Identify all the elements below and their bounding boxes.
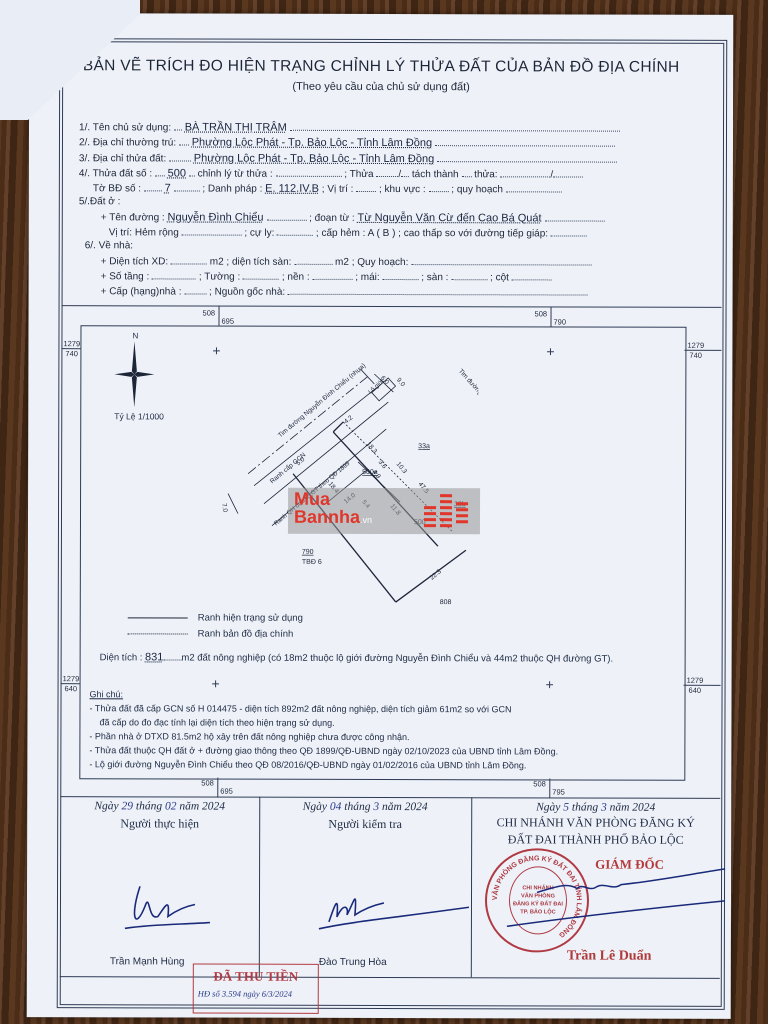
note-item: - Lộ giới đường Nguyễn Đình Chiểu theo Q… — [89, 757, 558, 772]
performer-role: Người thực hiện — [60, 816, 259, 832]
grid-coord: 508 — [535, 310, 548, 318]
scale-label: Tỷ Lệ 1/1000 — [114, 411, 164, 421]
grid-coord: 695 — [220, 788, 233, 796]
nomenclature-label: ; Danh pháp : — [202, 184, 262, 195]
date-day: 5 — [563, 801, 569, 813]
svg-text:TBĐ 6: TBĐ 6 — [302, 559, 322, 566]
svg-text:Tim đường Nguyễn Đình Chiểu (n: Tim đường Nguyễn Đình Chiểu (nhựa) — [276, 361, 368, 439]
date-prefix: Ngày — [303, 801, 327, 813]
svg-text:10.3: 10.3 — [395, 461, 409, 475]
paid-stamp-title: ĐÃ THU TIỀN — [194, 969, 318, 985]
floors-label: + Số tầng : — [101, 271, 150, 282]
checker-signature — [299, 877, 479, 937]
date-month: 02 — [165, 800, 177, 812]
cadastral-document: BẢN VẼ TRÍCH ĐO HIỆN TRẠNG CHỈNH LÝ THỬA… — [27, 13, 734, 1019]
legend-item: Ranh bản đồ địa chính — [128, 625, 303, 641]
split-label: tách thành — [412, 169, 459, 180]
document-subtitle: (Theo yêu cầu của chủ sử dụng đất) — [29, 80, 733, 94]
grid-cross-icon: + — [546, 344, 554, 358]
date-month: 3 — [373, 801, 379, 813]
director-signature — [497, 864, 727, 935]
checker-date: Ngày 04 tháng 3 năm 2024 — [259, 801, 471, 814]
grid-coord: 640 — [65, 685, 78, 693]
build-area-row: + Diện tích XD: m2 ; diện tích sàn: m2 ;… — [79, 253, 659, 270]
legend-item: Ranh hiện trạng sử dụng — [128, 609, 303, 625]
map-legend: Ranh hiện trạng sử dụng Ranh bản đồ địa … — [128, 609, 303, 641]
grid-coord: 740 — [65, 350, 78, 358]
watermark-suffix: .vn — [360, 515, 372, 525]
checker-role: Người kiểm tra — [259, 817, 471, 833]
svg-text:33a: 33a — [418, 443, 430, 450]
distance-label: ; cự ly: — [244, 228, 274, 239]
checker-name: Đào Trung Hòa — [319, 957, 387, 968]
date-year: năm 2024 — [382, 801, 428, 813]
performer-name: Trần Mạnh Hùng — [110, 956, 185, 967]
date-month-label: tháng — [136, 800, 162, 812]
zone-label: ; khu vực : — [379, 184, 426, 195]
alley-row: Vị trí: Hẻm rộng ; cự ly: ; cấp hẻm : A … — [79, 224, 659, 241]
owner-value: BÀ TRẦN THỊ TRÂM — [185, 121, 287, 133]
grid-coord: 508 — [203, 310, 216, 318]
grid-tick — [549, 778, 550, 798]
area-statement: Diện tích : 831m2 đất nông nghiệp (có 18… — [100, 649, 614, 664]
foundation-label: ; nền : — [282, 272, 310, 283]
date-year: năm 2024 — [610, 802, 656, 814]
svg-text:4.2: 4.2 — [343, 414, 355, 425]
north-label: N — [132, 331, 138, 340]
note-item: - Phần nhà ở DTXD 81.5m2 hộ xây trên đất… — [89, 729, 558, 744]
office-role-line2: ĐẤT ĐAI THÀNH PHỐ BẢO LỘC — [471, 832, 720, 848]
grid-coord: 740 — [689, 352, 702, 360]
roof-label: ; mái: — [355, 272, 379, 283]
nomenclature-value: E. 112.IV.B — [265, 183, 319, 195]
house-planning-label: m2 ; Quy hoạch: — [335, 257, 408, 268]
split-thua-label: thửa: — [474, 169, 497, 180]
date-prefix: Ngày — [94, 800, 118, 812]
parcel-number-row: 4/. Thửa đất số : 500 chỉnh lý từ thửa :… — [79, 165, 659, 182]
position-label: ; Vị trí : — [322, 184, 354, 195]
owner-row: 1/. Tên chủ sử dụng: BÀ TRẦN THỊ TRÂM — [79, 119, 659, 136]
document-title: BẢN VẼ TRÍCH ĐO HIỆN TRẠNG CHỈNH LÝ THỬA… — [29, 57, 733, 77]
street-row: + Tên đường : Nguyễn Đình Chiểu ; đoạn t… — [79, 209, 659, 226]
grade-row: + Cấp (hạng)nhà : ; Nguồn gốc nhà: — [79, 283, 659, 300]
residence-row: 2/. Địa chỉ thường trú: Phường Lộc Phát … — [79, 135, 659, 152]
floors-row: + Số tầng : ; Tường : ; nền : ; mái: ; s… — [79, 268, 659, 285]
note-item: đã cấp do đo đạc tính lại diện tích theo… — [89, 715, 558, 730]
svg-text:7.0: 7.0 — [220, 503, 229, 513]
grid-coord: 508 — [533, 780, 546, 788]
performer-signature-block: Ngày 29 tháng 02 năm 2024 Người thực hiệ… — [60, 796, 259, 985]
build-area-label: + Diện tích XD: — [101, 256, 169, 267]
grid-coord: 1279 — [63, 340, 80, 348]
area-value: 831 — [145, 651, 163, 663]
svg-text:22.3: 22.3 — [429, 568, 443, 582]
svg-text:Ranh cấp GCN: Ranh cấp GCN — [268, 450, 308, 485]
date-day: 04 — [330, 801, 342, 813]
notes-heading: Ghi chú: — [90, 687, 559, 702]
grade-label: + Cấp (hạng)nhà : — [101, 287, 182, 298]
grid-coord: 790 — [553, 318, 566, 326]
grid-coord: 1279 — [687, 677, 704, 685]
watermark-line2: Bannha.vn — [294, 508, 372, 529]
residence-label: 2/. Địa chỉ thường trú: — [79, 138, 176, 149]
svg-text:Tim đường Nguyễn Đình Chiểu (n: Tim đường Nguyễn Đình Chiểu (nhựa) — [457, 367, 479, 456]
grid-coord: 695 — [221, 318, 234, 326]
parcel-drawing: Tim đường Nguyễn Đình Chiểu (nhựa) Tim đ… — [218, 354, 479, 605]
grid-coord: 795 — [552, 788, 565, 796]
area-description: m2 đất nông nghiệp (có 18m2 thuộc lộ giớ… — [181, 652, 613, 664]
street-label: + Tên đường : — [101, 212, 165, 223]
parcel-no-value: 500 — [168, 167, 186, 179]
performer-signature — [120, 876, 220, 936]
residence-value: Phường Lộc Phát - Tp. Bảo Lộc - Tỉnh Lâm… — [192, 137, 432, 150]
notes-section: Ghi chú: - Thửa đất đã cấp GCN số H 0144… — [89, 687, 558, 772]
paid-stamp-invoice: HĐ số 3.594 ngày 6/3/2024 — [194, 989, 318, 999]
paid-stamp: ĐÃ THU TIỀN HĐ số 3.594 ngày 6/3/2024 — [193, 964, 319, 1014]
legend-label: Ranh bản đồ địa chính — [198, 628, 294, 639]
column-label: ; cột — [490, 272, 509, 283]
watermark-line1: Mua — [294, 490, 330, 508]
grid-coord: 640 — [689, 687, 702, 695]
date-year: năm 2024 — [179, 800, 225, 812]
street-value: Nguyễn Đình Chiểu — [168, 211, 264, 223]
parcel-address-value: Phường Lộc Phát - Tp. Bảo Lộc - Tỉnh Lâm… — [194, 152, 434, 165]
compass-rose-icon — [114, 341, 154, 407]
date-day: 29 — [122, 800, 134, 812]
date-month-label: tháng — [344, 801, 370, 813]
grid-tick — [218, 306, 219, 326]
map-sheet-label: Tờ BĐ số : — [93, 183, 141, 194]
planning-label: ; quy hoạch — [451, 184, 503, 195]
date-month: 3 — [601, 802, 607, 814]
grid-coord: 1279 — [63, 675, 80, 683]
performer-date: Ngày 29 tháng 02 năm 2024 — [60, 800, 259, 813]
watermark-logo: Mua Bannha.vn — [288, 488, 480, 535]
segment-label: ; đoạn từ : — [309, 213, 355, 224]
office-date: Ngày 5 tháng 3 năm 2024 — [471, 801, 720, 814]
svg-text:9.0: 9.0 — [395, 377, 406, 389]
map-sheet-value: 7 — [165, 183, 171, 195]
parcel-address-row: 3/. Địa chỉ thửa đất: Phường Lộc Phát - … — [79, 150, 659, 167]
segment-value: Từ Nguyễn Văn Cừ đến Cao Bá Quát — [357, 212, 541, 224]
watermark-brand: Bannha — [294, 507, 360, 527]
wall-label: ; Tường : — [199, 271, 240, 282]
dotted-line-icon — [128, 633, 188, 634]
floor-label: ; sàn : — [421, 272, 448, 283]
owner-label: 1/. Tên chủ sử dụng: — [79, 122, 171, 133]
legend-label: Ranh hiện trạng sử dụng — [198, 612, 303, 623]
svg-text:18.3: 18.3 — [365, 441, 379, 455]
thua-label: ; Thửa — [344, 169, 373, 180]
checker-signature-block: Ngày 04 tháng 3 năm 2024 Người kiểm tra … — [259, 797, 471, 986]
note-item: - Thửa đất đã cấp GCN số H 014475 - diện… — [89, 701, 558, 716]
office-role-line1: CHI NHÁNH VĂN PHÒNG ĐĂNG KÝ — [471, 815, 720, 831]
map-sheet-row: Tờ BĐ số : 7 ; Danh pháp : E. 112.IV.B ;… — [79, 180, 659, 197]
parcel-address-label: 3/. Địa chỉ thửa đất: — [79, 153, 166, 164]
svg-text:808: 808 — [440, 599, 452, 604]
area-label: Diện tích : — [100, 652, 143, 663]
grid-coord: 1279 — [687, 342, 704, 350]
solid-line-icon — [128, 617, 188, 618]
floor-area-label: m2 ; diện tích sàn: — [210, 256, 292, 267]
building-logo-icon — [424, 492, 470, 530]
origin-label: ; Nguồn gốc nhà: — [209, 287, 285, 298]
adjusted-from-label: chỉnh lý từ thửa : — [198, 168, 273, 179]
alley-label: Vị trí: Hẻm rộng — [109, 227, 179, 238]
svg-text:790: 790 — [302, 549, 314, 556]
director-name: Trần Lê Duẩn — [567, 948, 652, 964]
note-item: - Thửa đất thuộc QH đất ở + đường giao t… — [89, 743, 558, 758]
grid-tick — [550, 306, 551, 326]
date-prefix: Ngày — [536, 801, 560, 813]
alley-level-label: ; cấp hẻm : A ( B ) ; cao thấp so với đư… — [316, 228, 548, 240]
parcel-no-label: 4/. Thửa đất số : — [79, 168, 152, 179]
parcel-info-fields: 1/. Tên chủ sử dụng: BÀ TRẦN THỊ TRÂM 2/… — [79, 119, 659, 300]
grid-tick — [217, 778, 218, 798]
grid-coord: 508 — [201, 780, 214, 788]
svg-text:3.6: 3.6 — [377, 459, 388, 471]
date-month-label: tháng — [572, 802, 598, 814]
